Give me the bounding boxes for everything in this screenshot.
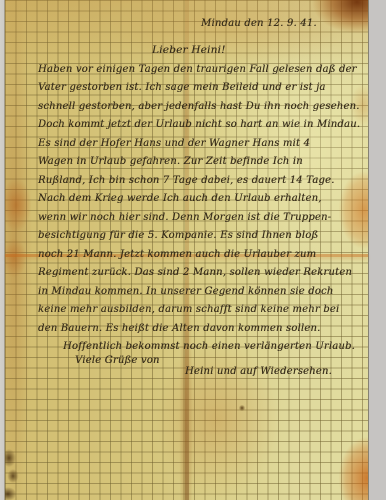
closing-line: Viele Grüße von bbox=[75, 355, 160, 367]
letter-line: Vater gestorben ist. Ich sage mein Beile… bbox=[38, 82, 326, 94]
date-line: Mindau den 12. 9. 41. bbox=[201, 18, 317, 30]
letter-line: noch 21 Mann. Jetzt kommen auch die Urla… bbox=[38, 249, 316, 261]
letter-line: Haben vor einigen Tagen den traurigen Fa… bbox=[38, 64, 357, 76]
salutation: Lieber Heini! bbox=[152, 44, 226, 56]
letter-line: Nach dem Krieg werde Ich auch den Urlaub… bbox=[38, 193, 322, 205]
letter-line: keine mehr ausbilden, darum schafft sind… bbox=[38, 304, 339, 316]
letter-line: schnell gestorben, aber jedenfalls hast … bbox=[38, 101, 360, 113]
handwritten-letter: Mindau den 12. 9. 41. Lieber Heini! Habe… bbox=[5, 0, 368, 500]
letter-line: Doch kommt jetzt der Urlaub nicht so har… bbox=[38, 119, 360, 131]
letter-line: Regiment zurück. Das sind 2 Mann, sollen… bbox=[38, 267, 352, 279]
letter-line: Es sind der Hofer Hans und der Wagner Ha… bbox=[38, 138, 310, 150]
letter-line: Hoffentlich bekommst noch einen verlänge… bbox=[63, 341, 355, 353]
letter-line: besichtigung für die 5. Kompanie. Es sin… bbox=[38, 230, 318, 242]
letter-line: in Mindau kommen. In unserer Gegend könn… bbox=[38, 286, 333, 298]
scanned-letter-page: Mindau den 12. 9. 41. Lieber Heini! Habe… bbox=[0, 0, 386, 500]
letter-line: Wagen in Urlaub gefahren. Zur Zeit befin… bbox=[38, 156, 303, 168]
letter-line: Rußland, Ich bin schon 7 Tage dabei, es … bbox=[38, 175, 335, 187]
letter-line: den Bauern. Es heißt die Alten davon kom… bbox=[38, 323, 320, 335]
letter-line: wenn wir noch hier sind. Denn Morgen ist… bbox=[38, 212, 331, 224]
signature-line: Heini und auf Wiedersehen. bbox=[185, 366, 332, 378]
